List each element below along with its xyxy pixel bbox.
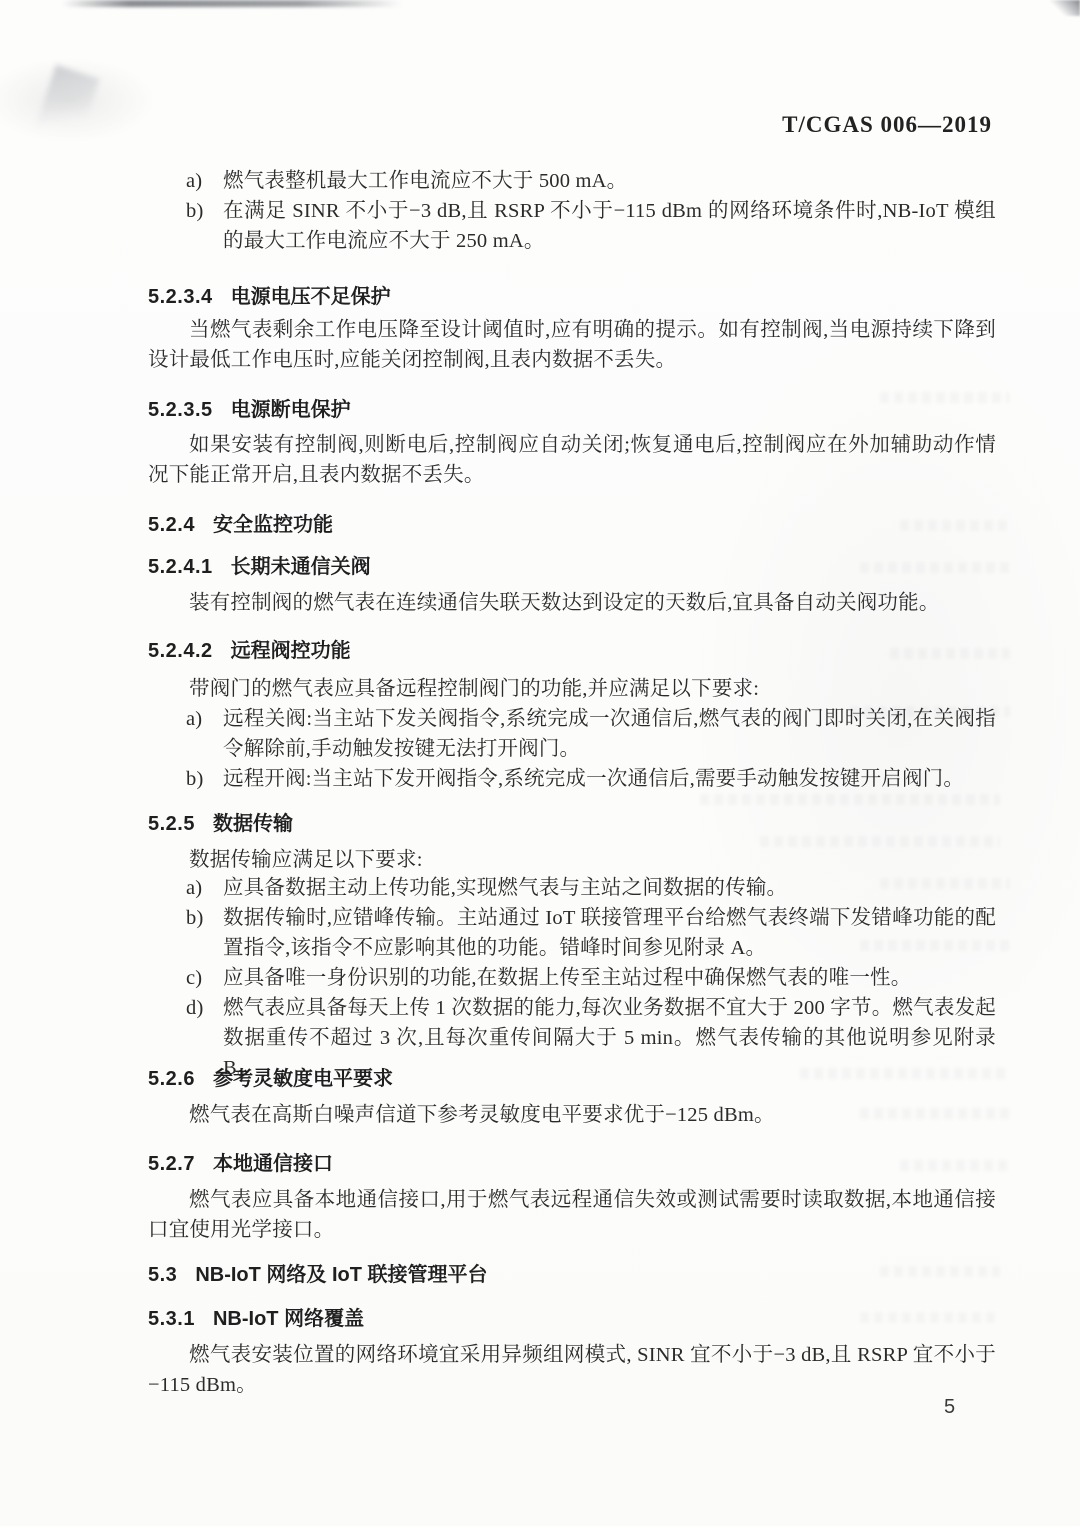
- section-number: 5.3.1: [148, 1308, 195, 1331]
- list-item-text: 应具备数据主动上传功能,实现燃气表与主站之间数据的传输。: [223, 873, 996, 903]
- requirement-list-5-2-5: a) 应具备数据主动上传功能,实现燃气表与主站之间数据的传输。 b) 数据传输时…: [186, 873, 996, 1083]
- requirement-list-top: a) 燃气表整机最大工作电流应不大于 500 mA。 b) 在满足 SINR 不…: [186, 166, 996, 256]
- list-marker: c): [186, 963, 223, 993]
- paragraph: 燃气表安装位置的网络环境宜采用异频组网模式, SINR 宜不小于−3 dB,且 …: [148, 1340, 996, 1400]
- section-title: NB-IoT 网络及 IoT 联接管理平台: [195, 1258, 487, 1287]
- list-marker: b): [186, 764, 223, 794]
- list-item: b) 远程开阀:当主站下发开阀指令,系统完成一次通信后,需要手动触发按键开启阀门…: [186, 764, 996, 794]
- section-title: 参考灵敏度电平要求: [213, 1062, 393, 1091]
- section-number: 5.3: [148, 1264, 177, 1287]
- section-heading-5-2-4: 5.2.4 安全监控功能: [148, 508, 1008, 537]
- list-item-text: 远程开阀:当主站下发开阀指令,系统完成一次通信后,需要手动触发按键开启阀门。: [223, 764, 996, 794]
- section-number: 5.2.4: [148, 514, 195, 537]
- list-marker: b): [186, 196, 223, 256]
- section-title: 长期未通信关阀: [231, 550, 371, 579]
- paragraph: 如果安装有控制阀,则断电后,控制阀应自动关闭;恢复通电后,控制阀应在外加辅助动作…: [148, 430, 996, 490]
- section-title: NB-IoT 网络覆盖: [213, 1302, 364, 1331]
- section-number: 5.2.3.5: [148, 399, 213, 422]
- list-item-text: 燃气表整机最大工作电流应不大于 500 mA。: [223, 166, 996, 196]
- paragraph: 装有控制阀的燃气表在连续通信失联天数达到设定的天数后,宜具备自动关阀功能。: [148, 588, 996, 618]
- section-heading-5-2-3-5: 5.2.3.5 电源断电保护: [148, 393, 1008, 422]
- list-item: c) 应具备唯一身份识别的功能,在数据上传至主站过程中确保燃气表的唯一性。: [186, 963, 996, 993]
- list-item-text: 应具备唯一身份识别的功能,在数据上传至主站过程中确保燃气表的唯一性。: [223, 963, 996, 993]
- section-title: 电源电压不足保护: [231, 280, 391, 309]
- section-heading-5-2-5: 5.2.5 数据传输: [148, 807, 1008, 836]
- scanned-document-page: T/CGAS 006—2019 a) 燃气表整机最大工作电流应不大于 500 m…: [0, 0, 1080, 1526]
- list-item-text: 远程关阀:当主站下发关阀指令,系统完成一次通信后,燃气表的阀门即时关闭,在关阀指…: [223, 704, 996, 764]
- paragraph: 带阀门的燃气表应具备远程控制阀门的功能,并应满足以下要求:: [148, 674, 996, 704]
- section-number: 5.2.4.2: [148, 640, 213, 663]
- section-heading-5-3-1: 5.3.1 NB-IoT 网络覆盖: [148, 1302, 1008, 1331]
- requirement-list-5-2-4-2: a) 远程关阀:当主站下发关阀指令,系统完成一次通信后,燃气表的阀门即时关闭,在…: [186, 704, 996, 794]
- list-item: b) 数据传输时,应错峰传输。主站通过 IoT 联接管理平台给燃气表终端下发错峰…: [186, 903, 996, 963]
- section-heading-5-2-6: 5.2.6 参考灵敏度电平要求: [148, 1062, 1008, 1091]
- section-title: 本地通信接口: [213, 1147, 333, 1176]
- section-heading-5-3: 5.3 NB-IoT 网络及 IoT 联接管理平台: [148, 1258, 1008, 1287]
- section-number: 5.2.7: [148, 1153, 195, 1176]
- section-title: 数据传输: [213, 807, 293, 836]
- paragraph: 燃气表在高斯白噪声信道下参考灵敏度电平要求优于−125 dBm。: [148, 1100, 996, 1130]
- paragraph: 燃气表应具备本地通信接口,用于燃气表远程通信失效或测试需要时读取数据,本地通信接…: [148, 1185, 996, 1245]
- section-number: 5.2.5: [148, 813, 195, 836]
- standard-number-header: T/CGAS 006—2019: [782, 112, 992, 138]
- section-heading-5-2-7: 5.2.7 本地通信接口: [148, 1147, 1008, 1176]
- section-heading-5-2-4-1: 5.2.4.1 长期未通信关阀: [148, 550, 1008, 579]
- section-title: 电源断电保护: [231, 393, 351, 422]
- section-heading-5-2-4-2: 5.2.4.2 远程阀控功能: [148, 634, 1008, 663]
- section-number: 5.2.3.4: [148, 286, 213, 309]
- section-title: 远程阀控功能: [231, 634, 351, 663]
- scan-artifact-smudge: [34, 65, 99, 146]
- list-item: a) 燃气表整机最大工作电流应不大于 500 mA。: [186, 166, 996, 196]
- paragraph: 当燃气表剩余工作电压降至设计阈值时,应有明确的提示。如有控制阀,当电源持续下降到…: [148, 315, 996, 375]
- scan-artifact-top-edge: [62, 0, 402, 7]
- list-marker: a): [186, 704, 223, 764]
- list-item: b) 在满足 SINR 不小于−3 dB,且 RSRP 不小于−115 dBm …: [186, 196, 996, 256]
- section-heading-5-2-3-4: 5.2.3.4 电源电压不足保护: [148, 280, 1008, 309]
- page-number: 5: [944, 1396, 955, 1419]
- list-marker: a): [186, 166, 223, 196]
- list-marker: b): [186, 903, 223, 963]
- bleed-through-artifact: [700, 794, 1000, 805]
- section-number: 5.2.6: [148, 1068, 195, 1091]
- list-item-text: 在满足 SINR 不小于−3 dB,且 RSRP 不小于−115 dBm 的网络…: [223, 196, 996, 256]
- scan-artifact-corner: [1050, 0, 1080, 16]
- section-number: 5.2.4.1: [148, 556, 213, 579]
- section-title: 安全监控功能: [213, 508, 333, 537]
- list-item-text: 数据传输时,应错峰传输。主站通过 IoT 联接管理平台给燃气表终端下发错峰功能的…: [223, 903, 996, 963]
- list-item: a) 应具备数据主动上传功能,实现燃气表与主站之间数据的传输。: [186, 873, 996, 903]
- list-item: a) 远程关阀:当主站下发关阀指令,系统完成一次通信后,燃气表的阀门即时关闭,在…: [186, 704, 996, 764]
- list-marker: a): [186, 873, 223, 903]
- paragraph: 数据传输应满足以下要求:: [148, 845, 996, 875]
